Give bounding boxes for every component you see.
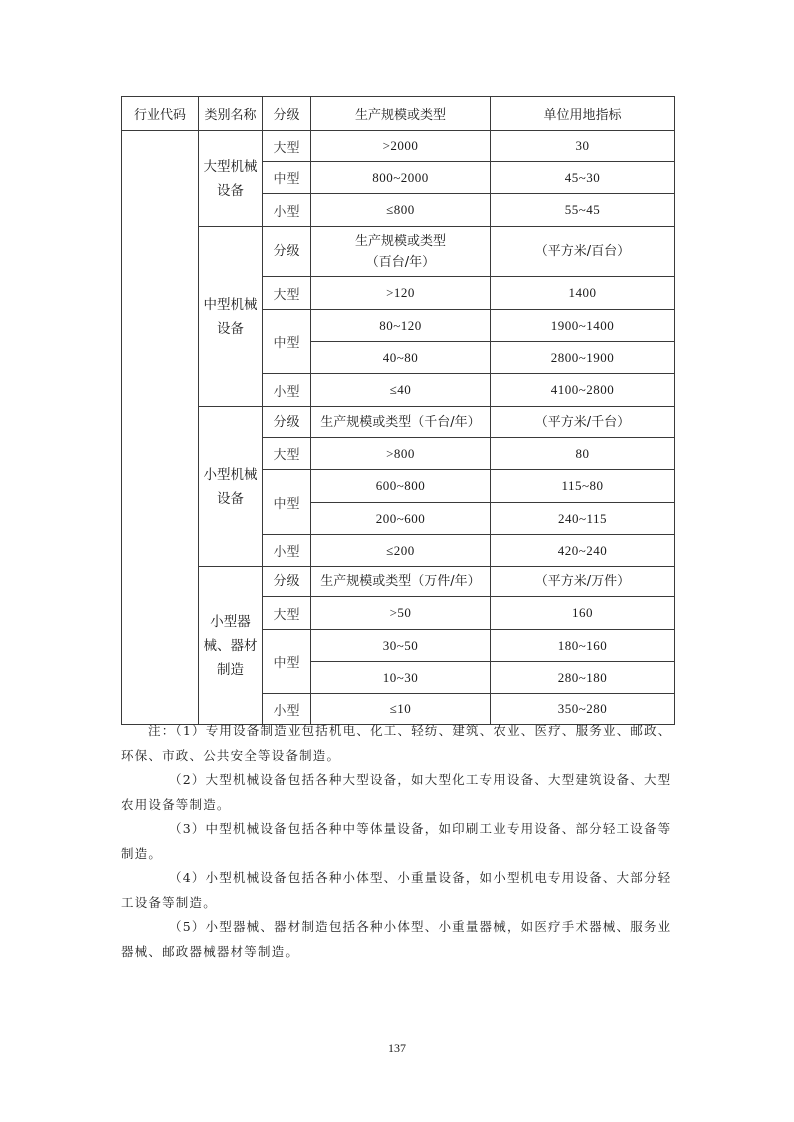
notes-label: 注： <box>148 723 175 738</box>
page-number: 137 <box>0 1041 794 1056</box>
index-cell: 30 <box>491 131 675 162</box>
industry-code-cell <box>122 131 199 725</box>
subheader-index: （平方米/万件） <box>491 567 675 597</box>
scale-cell: 40~80 <box>311 342 491 374</box>
grade-cell: 中型 <box>263 162 311 194</box>
note-item-5: （5）小型器械、器材制造包括各种小体型、小重量器械，如医疗手术器械、服务业器械、… <box>121 915 674 964</box>
scale-cell: ≤40 <box>311 374 491 407</box>
grade-cell: 大型 <box>263 597 311 630</box>
grade-cell: 大型 <box>263 131 311 162</box>
header-industry-code: 行业代码 <box>122 97 199 131</box>
index-cell: 115~80 <box>491 470 675 503</box>
table-notes: 注：（1）专用设备制造业包括机电、化工、轻纺、建筑、农业、医疗、服务业、邮政、环… <box>121 719 674 964</box>
subheader-scale-unit: （百台/年） <box>311 252 490 273</box>
index-cell: 55~45 <box>491 194 675 227</box>
note-text: （1）专用设备制造业包括机电、化工、轻纺、建筑、农业、医疗、服务业、邮政、环保、… <box>121 723 672 763</box>
grade-cell: 小型 <box>263 374 311 407</box>
index-cell: 280~180 <box>491 662 675 694</box>
scale-cell: >2000 <box>311 131 491 162</box>
category-line: 制造 <box>199 658 262 682</box>
scale-cell: 800~2000 <box>311 162 491 194</box>
grade-cell: 小型 <box>263 194 311 227</box>
subheader-grade: 分级 <box>263 407 311 438</box>
category-cell-medium-machinery: 中型机械 设备 <box>199 227 263 407</box>
subheader-scale-line: 生产规模或类型 <box>311 231 490 252</box>
scale-cell: ≤800 <box>311 194 491 227</box>
index-cell: 180~160 <box>491 630 675 662</box>
header-category-name: 类别名称 <box>199 97 263 131</box>
subheader-scale: 生产规模或类型 （百台/年） <box>311 227 491 277</box>
index-cell: 420~240 <box>491 535 675 567</box>
header-unit-land-index: 单位用地指标 <box>491 97 675 131</box>
scale-cell: 30~50 <box>311 630 491 662</box>
subheader-index: （平方米/百台） <box>491 227 675 277</box>
category-line: 设备 <box>199 317 262 341</box>
subheader-index: （平方米/千台） <box>491 407 675 438</box>
table-row: 大型机械 设备 大型 >2000 30 <box>122 131 675 162</box>
note-item-1: 注：（1）专用设备制造业包括机电、化工、轻纺、建筑、农业、医疗、服务业、邮政、环… <box>121 719 674 768</box>
note-item-3: （3）中型机械设备包括各种中等体量设备，如印刷工业专用设备、部分轻工设备等制造。 <box>121 817 674 866</box>
index-cell: 1400 <box>491 277 675 310</box>
category-line: 械、器材 <box>199 634 262 658</box>
subheader-scale: 生产规模或类型（万件/年） <box>311 567 491 597</box>
category-line: 大型机械 <box>199 155 262 179</box>
index-cell: 160 <box>491 597 675 630</box>
note-item-2: （2）大型机械设备包括各种大型设备，如大型化工专用设备、大型建筑设备、大型农用设… <box>121 768 674 817</box>
category-cell-large-machinery: 大型机械 设备 <box>199 131 263 227</box>
category-line: 中型机械 <box>199 293 262 317</box>
grade-cell: 中型 <box>263 310 311 374</box>
scale-cell: 80~120 <box>311 310 491 342</box>
grade-cell: 小型 <box>263 535 311 567</box>
scale-cell: >800 <box>311 438 491 470</box>
index-cell: 4100~2800 <box>491 374 675 407</box>
land-use-index-table: 行业代码 类别名称 分级 生产规模或类型 单位用地指标 大型机械 设备 大型 >… <box>121 96 675 725</box>
scale-cell: 10~30 <box>311 662 491 694</box>
note-item-4: （4）小型机械设备包括各种小体型、小重量设备，如小型机电专用设备、大部分轻工设备… <box>121 866 674 915</box>
index-cell: 45~30 <box>491 162 675 194</box>
table-header-row: 行业代码 类别名称 分级 生产规模或类型 单位用地指标 <box>122 97 675 131</box>
category-line: 小型器 <box>199 610 262 634</box>
scale-cell: 600~800 <box>311 470 491 503</box>
category-cell-small-machinery: 小型机械 设备 <box>199 407 263 567</box>
grade-cell: 中型 <box>263 630 311 694</box>
header-grade: 分级 <box>263 97 311 131</box>
index-cell: 2800~1900 <box>491 342 675 374</box>
scale-cell: >50 <box>311 597 491 630</box>
subheader-grade: 分级 <box>263 567 311 597</box>
category-line: 小型机械 <box>199 463 262 487</box>
category-line: 设备 <box>199 179 262 203</box>
section-subheader-row: 小型器 械、器材 制造 分级 生产规模或类型（万件/年） （平方米/万件） <box>122 567 675 597</box>
scale-cell: >120 <box>311 277 491 310</box>
grade-cell: 中型 <box>263 470 311 535</box>
index-cell: 80 <box>491 438 675 470</box>
subheader-scale: 生产规模或类型（千台/年） <box>311 407 491 438</box>
category-cell-small-instruments: 小型器 械、器材 制造 <box>199 567 263 725</box>
section-subheader-row: 中型机械 设备 分级 生产规模或类型 （百台/年） （平方米/百台） <box>122 227 675 277</box>
category-line: 设备 <box>199 487 262 511</box>
subheader-grade: 分级 <box>263 227 311 277</box>
index-cell: 1900~1400 <box>491 310 675 342</box>
grade-cell: 大型 <box>263 438 311 470</box>
section-subheader-row: 小型机械 设备 分级 生产规模或类型（千台/年） （平方米/千台） <box>122 407 675 438</box>
scale-cell: ≤200 <box>311 535 491 567</box>
grade-cell: 大型 <box>263 277 311 310</box>
scale-cell: 200~600 <box>311 503 491 535</box>
index-cell: 240~115 <box>491 503 675 535</box>
header-production-scale: 生产规模或类型 <box>311 97 491 131</box>
